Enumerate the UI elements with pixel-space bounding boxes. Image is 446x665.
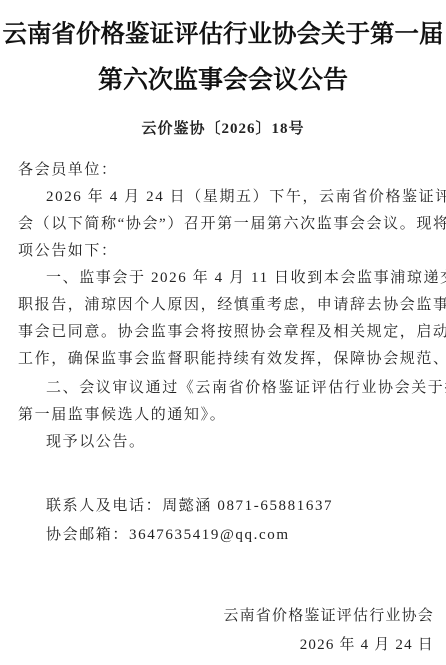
paragraph-3-line-1: 二、会议审议通过《云南省价格鉴证评估行业协会关于推荐增补: [46, 378, 446, 398]
paragraph-2-line-3: 事会已同意。协会监事会将按照协会章程及相关规定，启动监事补选: [18, 322, 446, 342]
announcement-document: 云南省价格鉴证评估行业协会关于第一届 第六次监事会会议公告 云价鉴协〔2026〕…: [0, 0, 446, 665]
paragraph-2-line-4: 工作，确保监事会监督职能持续有效发挥，保障协会规范、健康发展。: [18, 349, 446, 369]
paragraph-1-line-2: 会（以下简称“协会”）召开第一届第六次监事会会议。现将有关事: [18, 214, 446, 234]
email-line: 协会邮箱：3647635419@qq.com: [46, 525, 290, 545]
document-number: 云价鉴协〔2026〕18号: [0, 117, 446, 138]
paragraph-1-line-3: 项公告如下：: [18, 241, 118, 261]
paragraph-2-line-1: 一、监事会于 2026 年 4 月 11 日收到本会监事浦琼递交的书面辞: [46, 268, 446, 288]
contact-line: 联系人及电话：周懿涵 0871-65881637: [46, 496, 333, 516]
paragraph-2-line-2: 职报告，浦琼因个人原因，经慎重考虑，申请辞去协会监事职务，监: [18, 295, 446, 315]
salutation: 各会员单位：: [18, 160, 118, 180]
title-line-2: 第六次监事会会议公告: [0, 60, 446, 96]
title-line-1: 云南省价格鉴证评估行业协会关于第一届: [0, 15, 446, 50]
signature-date: 2026 年 4 月 24 日: [300, 633, 434, 654]
paragraph-1-line-1: 2026 年 4 月 24 日（星期五）下午，云南省价格鉴证评估行业协: [46, 187, 446, 207]
paragraph-4-line-1: 现予以公告。: [46, 432, 146, 452]
signature-organization: 云南省价格鉴证评估行业协会: [223, 604, 434, 625]
paragraph-3-line-2: 第一届监事候选人的通知》。: [18, 405, 226, 425]
